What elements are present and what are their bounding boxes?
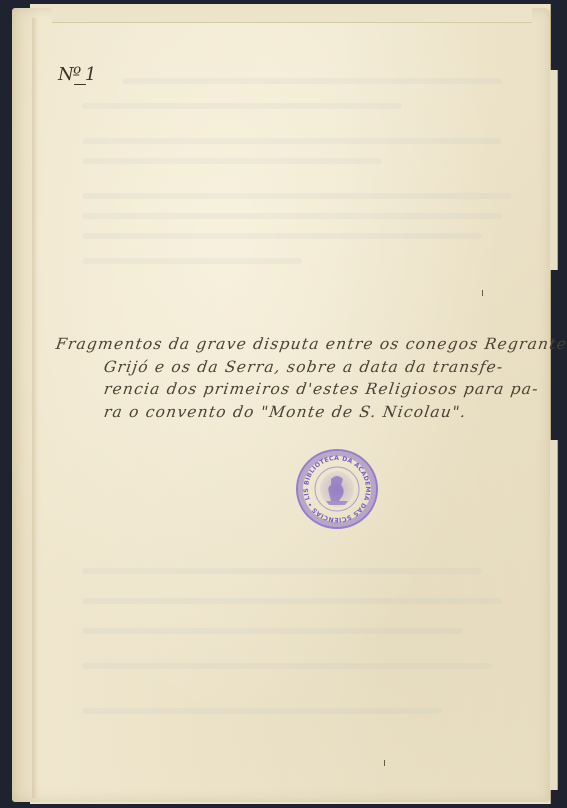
- bleed-through-line: [82, 213, 502, 219]
- bleed-through-line: [82, 663, 492, 669]
- title-line-3: rencia dos primeiros d'estes Religiosos …: [103, 380, 540, 398]
- title-line-2: Grijó e os da Serra, sobre a data da tra…: [103, 358, 505, 376]
- bleed-through-line: [82, 598, 502, 604]
- stamp-emblem-icon: [320, 471, 354, 507]
- bleed-through-line: [82, 258, 302, 264]
- bleed-through-line: [82, 708, 442, 714]
- pencil-mark: [384, 760, 385, 766]
- bleed-through-line: [82, 568, 482, 574]
- bleed-through-line: [82, 193, 512, 199]
- left-fold-shadow: [32, 18, 38, 798]
- title-line-1: Fragmentos da grave disputa entre os con…: [55, 335, 567, 353]
- bleed-through-line: [82, 103, 402, 109]
- title-line-4: ra o convento do "Monte de S. Nicolau".: [103, 403, 468, 421]
- manuscript-page: Nº 1 Fragmentos da grave disputa entre o…: [12, 8, 550, 802]
- library-stamp: BIBLIOTECA DA ACADEMIA DAS SCIENCIAS • L…: [296, 449, 378, 529]
- scanned-document: Nº 1 Fragmentos da grave disputa entre o…: [0, 0, 567, 808]
- pencil-mark: [482, 290, 483, 296]
- bleed-through-line: [122, 78, 502, 84]
- folio-number: Nº 1: [58, 64, 95, 85]
- bleed-through-line: [82, 158, 382, 164]
- bleed-through-line: [82, 138, 502, 144]
- bleed-through-line: [82, 628, 462, 634]
- folio-underline: [74, 84, 86, 85]
- torn-top-strip: [52, 8, 532, 23]
- bleed-through-line: [82, 233, 482, 239]
